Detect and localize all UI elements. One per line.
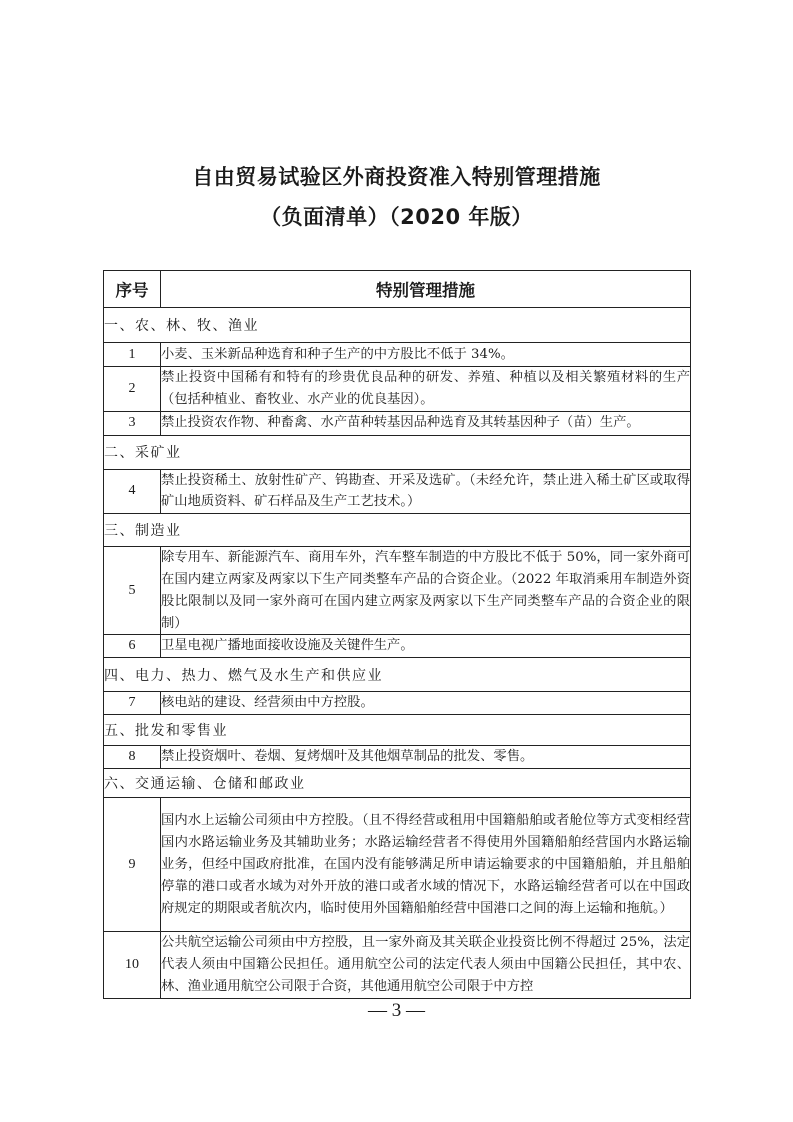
section-title: 二、采矿业	[104, 435, 691, 469]
table-row: 5 除专用车、新能源汽车、商用车外，汽车整车制造的中方股比不低于 50%，同一家…	[104, 547, 691, 635]
section-title: 五、批发和零售业	[104, 715, 691, 746]
document-subtitle: （负面清单）（2020 年版）	[0, 201, 793, 231]
row-number: 6	[104, 635, 161, 658]
row-text: 禁止投资中国稀有和特有的珍贵优良品种的研发、养殖、种植以及相关繁殖材料的生产（包…	[161, 367, 691, 412]
section-row: 三、制造业	[104, 514, 691, 547]
section-title: 四、电力、热力、燃气及水生产和供应业	[104, 658, 691, 692]
row-number: 1	[104, 343, 161, 367]
document-title: 自由贸易试验区外商投资准入特别管理措施	[0, 161, 793, 191]
row-text: 禁止投资烟叶、卷烟、复烤烟叶及其他烟草制品的批发、零售。	[161, 746, 691, 769]
row-number: 8	[104, 746, 161, 769]
table-row: 7 核电站的建设、经营须由中方控股。	[104, 692, 691, 715]
table-row: 6 卫星电视广播地面接收设施及关键件生产。	[104, 635, 691, 658]
table-header-row: 序号 特别管理措施	[104, 271, 691, 308]
header-serial-number: 序号	[104, 271, 161, 308]
row-text: 卫星电视广播地面接收设施及关键件生产。	[161, 635, 691, 658]
row-text: 禁止投资稀土、放射性矿产、钨勘查、开采及选矿。（未经允许，禁止进入稀土矿区或取得…	[161, 469, 691, 514]
row-number: 9	[104, 798, 161, 932]
row-number: 10	[104, 932, 161, 998]
page-number: — 3 —	[0, 1000, 793, 1022]
table-row: 4 禁止投资稀土、放射性矿产、钨勘查、开采及选矿。（未经允许，禁止进入稀土矿区或…	[104, 469, 691, 514]
row-number: 5	[104, 547, 161, 635]
section-row: 四、电力、热力、燃气及水生产和供应业	[104, 658, 691, 692]
section-title: 六、交通运输、仓储和邮政业	[104, 769, 691, 798]
row-number: 3	[104, 411, 161, 435]
table-row: 10 公共航空运输公司须由中方控股，且一家外商及其关联企业投资比例不得超过 25…	[104, 932, 691, 998]
section-title: 三、制造业	[104, 514, 691, 547]
table-row: 3 禁止投资农作物、种畜禽、水产苗种转基因品种选育及其转基因种子（苗）生产。	[104, 411, 691, 435]
row-text: 小麦、玉米新品种选育和种子生产的中方股比不低于 34%。	[161, 343, 691, 367]
section-row: 五、批发和零售业	[104, 715, 691, 746]
row-text: 禁止投资农作物、种畜禽、水产苗种转基因品种选育及其转基因种子（苗）生产。	[161, 411, 691, 435]
section-row: 一、农、林、牧、渔业	[104, 308, 691, 343]
row-number: 2	[104, 367, 161, 412]
row-text: 除专用车、新能源汽车、商用车外，汽车整车制造的中方股比不低于 50%，同一家外商…	[161, 547, 691, 635]
row-number: 4	[104, 469, 161, 514]
section-title: 一、农、林、牧、渔业	[104, 308, 691, 343]
table-row: 8 禁止投资烟叶、卷烟、复烤烟叶及其他烟草制品的批发、零售。	[104, 746, 691, 769]
row-text: 核电站的建设、经营须由中方控股。	[161, 692, 691, 715]
row-number: 7	[104, 692, 161, 715]
negative-list-table: 序号 特别管理措施 一、农、林、牧、渔业 1 小麦、玉米新品种选育和种子生产的中…	[103, 270, 691, 999]
table-row: 2 禁止投资中国稀有和特有的珍贵优良品种的研发、养殖、种植以及相关繁殖材料的生产…	[104, 367, 691, 412]
row-text: 国内水上运输公司须由中方控股。（且不得经营或租用中国籍船舶或者舱位等方式变相经营…	[161, 798, 691, 932]
table-row: 1 小麦、玉米新品种选育和种子生产的中方股比不低于 34%。	[104, 343, 691, 367]
table-row: 9 国内水上运输公司须由中方控股。（且不得经营或租用中国籍船舶或者舱位等方式变相…	[104, 798, 691, 932]
header-special-measures: 特别管理措施	[161, 271, 691, 308]
row-text: 公共航空运输公司须由中方控股，且一家外商及其关联企业投资比例不得超过 25%，法…	[161, 932, 691, 998]
section-row: 二、采矿业	[104, 435, 691, 469]
section-row: 六、交通运输、仓储和邮政业	[104, 769, 691, 798]
